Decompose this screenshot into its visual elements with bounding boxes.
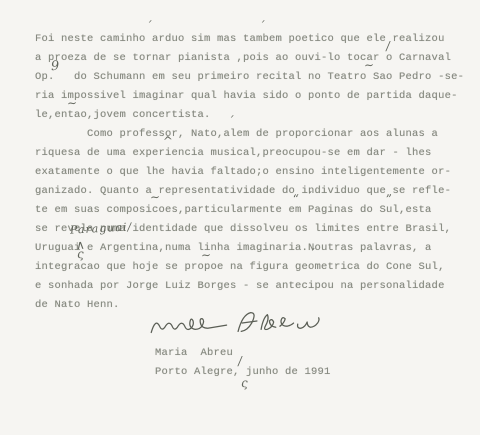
- typed-line: Uruguai e Argentina,numa linha imaginari…: [35, 239, 465, 258]
- typed-line: se revela numa identidade que dissolveu …: [35, 220, 465, 239]
- typed-signature-name: Maria Abreu: [155, 347, 233, 359]
- typed-line: Op. do Schumann em seu primeiro recital …: [35, 68, 465, 87]
- typed-line: Foi neste caminho arduo sim mas tambem p…: [35, 30, 465, 49]
- typed-line: te em suas composicoes,particularmente e…: [35, 201, 465, 220]
- typed-line: a proeza de se tornar pianista ,pois ao …: [35, 49, 465, 68]
- scanned-letter-page: Foi neste caminho arduo sim mas tambem p…: [0, 0, 480, 435]
- typed-line: integracao que hoje se propoe na figura …: [35, 258, 465, 277]
- typed-line: Como professor, Nato,alem de proporciona…: [35, 125, 465, 144]
- typed-line: ria impossivel imaginar qual havia sido …: [35, 87, 465, 106]
- typed-line: le,entao,jovem concertista.: [35, 106, 465, 125]
- typed-line: e sonhada por Jorge Luiz Borges - se ant…: [35, 277, 465, 296]
- handwritten-signature: Maria Abreu: [146, 300, 326, 344]
- typed-line: exatamente o que lhe havia faltado;o ens…: [35, 163, 465, 182]
- typed-line: ganizado. Quanto a representatividade do…: [35, 182, 465, 201]
- handwritten-mark-junho: ∕: [238, 356, 243, 366]
- handwritten-squiggle-junho: ς: [241, 378, 248, 388]
- typed-line: riquesa de uma experiencia musical,preoc…: [35, 144, 465, 163]
- letter-body: Foi neste caminho arduo sim mas tambem p…: [35, 30, 465, 315]
- typed-date-line: Porto Alegre, junho de 1991: [155, 366, 331, 378]
